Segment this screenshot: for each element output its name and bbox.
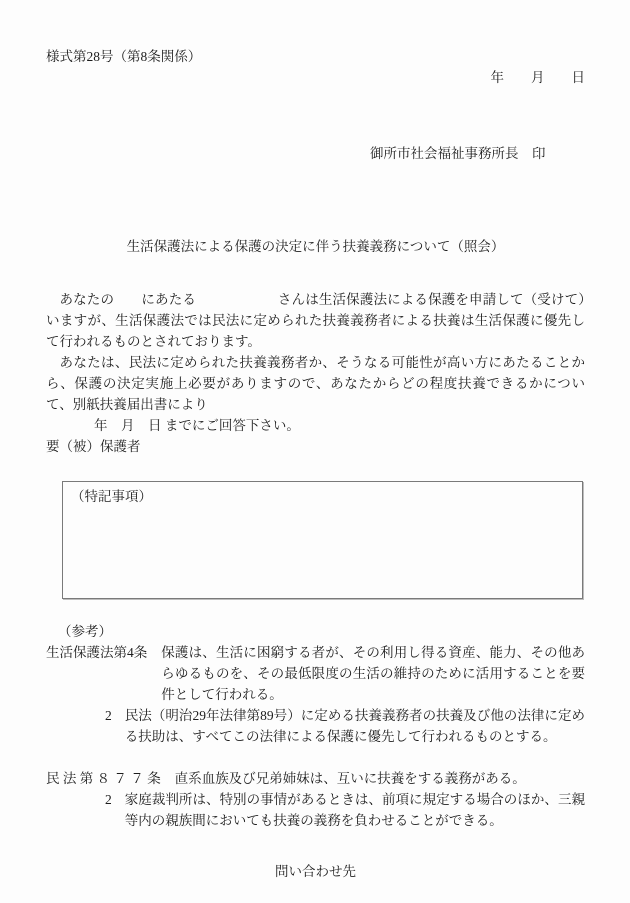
reply-deadline-line: 年 月 日 までにご回答下さい。 <box>46 415 585 436</box>
document-page: 様式第28号（第8条関係） 年 月 日 御所市社会福祉事務所長 印 生活保護法に… <box>0 0 630 903</box>
welfare-act-clause2-text: 民法（明治29年法律第89号）に定める扶養義務者の扶養及び他の法律に定める扶助は… <box>125 705 585 747</box>
special-notes-box: （特記事項） <box>62 481 583 599</box>
sender-office-director: 御所市社会福祉事務所長 印 <box>370 143 585 164</box>
welfare-act-label: 生活保護法第4条 <box>46 642 147 663</box>
civil-code-clause2-row: 2 家庭裁判所は、特別の事情があるときは、前項に規定する場合のほか、三親等内の親… <box>46 789 585 831</box>
welfare-act-clause2-row: 2 民法（明治29年法律第89号）に定める扶養義務者の扶養及び他の法律に定める扶… <box>46 705 585 747</box>
welfare-act-clause2-number: 2 <box>105 705 112 726</box>
civil-code-label: 民 法 第 ８ ７ ７ 条 <box>46 768 161 789</box>
form-number: 様式第28号（第8条関係） <box>46 46 585 67</box>
reference-heading: （参考） <box>46 621 585 642</box>
civil-code-clause2-text: 家庭裁判所は、特別の事情があるときは、前項に規定する場合のほか、三親等内の親族間… <box>125 789 585 831</box>
date-blank-line: 年 月 日 <box>46 67 585 88</box>
paragraph-intro: あなたの にあたる さんは生活保護法による保護を申請して（受けて）いますが、生活… <box>46 289 585 352</box>
civil-code-clause1-row: 民 法 第 ８ ７ ７ 条 直系血族及び兄弟姉妹は、互いに扶養をする義務がある。 <box>46 768 585 789</box>
reference-section: （参考） 生活保護法第4条 保護は、生活に困窮する者が、その利用し得る資産、能力… <box>46 621 585 831</box>
welfare-act-clause1-row: 生活保護法第4条 保護は、生活に困窮する者が、その利用し得る資産、能力、その他あ… <box>46 642 585 705</box>
contact-heading: 問い合わせ先 <box>46 861 585 882</box>
paragraph-request: あなたは、民法に定められた扶養義務者か、そうなる可能性が高い方にあたることから、… <box>46 352 585 415</box>
document-title: 生活保護法による保護の決定に伴う扶養義務について（照会） <box>46 236 585 257</box>
special-notes-label: （特記事項） <box>71 489 152 504</box>
welfare-act-article4: 生活保護法第4条 保護は、生活に困窮する者が、その利用し得る資産、能力、その他あ… <box>46 642 585 747</box>
civil-code-clause1-text: 直系血族及び兄弟姉妹は、互いに扶養をする義務がある。 <box>175 768 585 789</box>
welfare-act-clause1-text: 保護は、生活に困窮する者が、その利用し得る資産、能力、その他あらゆるものを、その… <box>161 642 585 705</box>
body-text: あなたの にあたる さんは生活保護法による保護を申請して（受けて）いますが、生活… <box>46 289 585 457</box>
civil-code-article877: 民 法 第 ８ ７ ７ 条 直系血族及び兄弟姉妹は、互いに扶養をする義務がある。… <box>46 768 585 831</box>
civil-code-clause2-number: 2 <box>105 789 112 810</box>
recipient-label: 要（被）保護者 <box>46 436 585 457</box>
